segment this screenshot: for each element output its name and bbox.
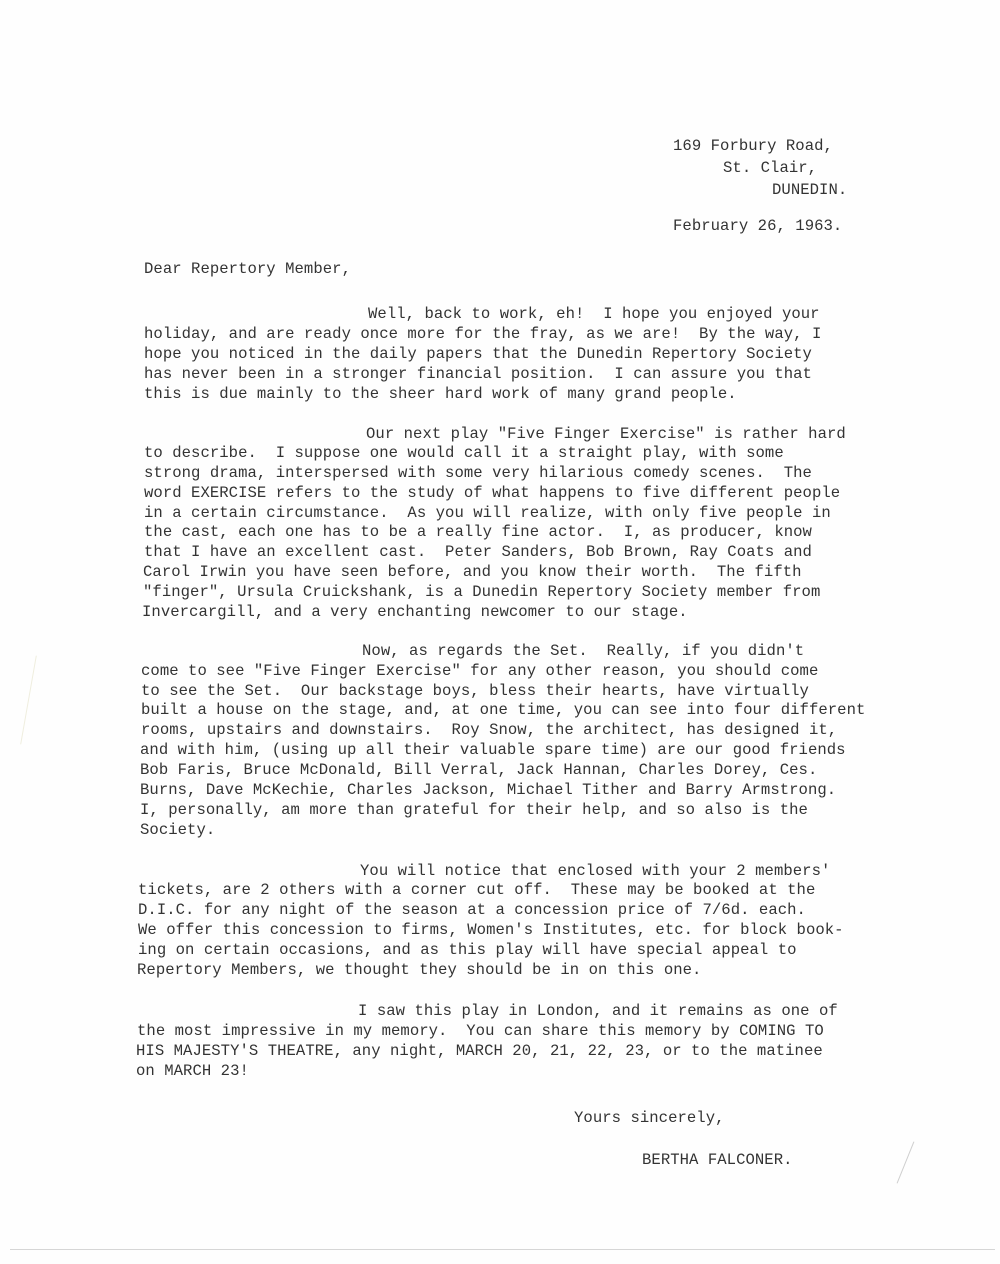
paragraph-line: We offer this concession to firms, Women… — [138, 920, 844, 940]
paragraph-line: that I have an excellent cast. Peter San… — [144, 542, 812, 562]
paragraph-line: Society. — [140, 820, 215, 840]
paragraph-line: HIS MAJESTY'S THEATRE, any night, MARCH … — [136, 1041, 823, 1061]
address-line-city: DUNEDIN. — [772, 180, 847, 200]
paragraph-line: hope you noticed in the daily papers tha… — [144, 344, 812, 364]
page-edge — [10, 1249, 995, 1250]
paper-mark — [897, 1141, 915, 1183]
paragraph-line: the most impressive in my memory. You ca… — [137, 1021, 824, 1041]
paragraph-line: ing on certain occasions, and as this pl… — [138, 940, 797, 960]
letter-page: 169 Forbury Road, St. Clair, DUNEDIN. Fe… — [0, 0, 1000, 1264]
paragraph-line: Now, as regards the Set. Really, if you … — [362, 641, 804, 661]
letter-date: February 26, 1963. — [673, 216, 842, 236]
paragraph-line: Invercargill, and a very enchanting newc… — [142, 602, 688, 622]
paragraph-line: tickets, are 2 others with a corner cut … — [138, 880, 815, 900]
paragraph-line: word EXERCISE refers to the study of wha… — [144, 483, 840, 503]
paragraph-line: Burns, Dave McKechie, Charles Jackson, M… — [140, 780, 836, 800]
paper-mark — [20, 656, 37, 745]
paragraph-line: Bob Faris, Bruce McDonald, Bill Verral, … — [140, 760, 817, 780]
paragraph-line: strong drama, interspersed with some ver… — [144, 463, 812, 483]
paragraph-line: Our next play "Five Finger Exercise" is … — [366, 424, 846, 444]
paragraph-line: come to see "Five Finger Exercise" for a… — [141, 661, 818, 681]
paragraph-line: rooms, upstairs and downstairs. Roy Snow… — [141, 720, 837, 740]
paragraph-line: Well, back to work, eh! I hope you enjoy… — [368, 304, 820, 324]
paragraph-line: and with him, (using up all their valuab… — [140, 740, 846, 760]
paragraph-line: Repertory Members, we thought they shoul… — [137, 960, 701, 980]
signature: BERTHA FALCONER. — [642, 1150, 793, 1170]
paragraph-line: this is due mainly to the sheer hard wor… — [144, 384, 737, 404]
paragraph-line: the cast, each one has to be a really fi… — [144, 522, 812, 542]
address-line-street: 169 Forbury Road, — [673, 136, 833, 156]
paragraph-line: has never been in a stronger financial p… — [144, 364, 812, 384]
paragraph-line: I, personally, am more than grateful for… — [140, 800, 808, 820]
paragraph-line: I saw this play in London, and it remain… — [358, 1001, 838, 1021]
paragraph-line: on MARCH 23! — [136, 1061, 249, 1081]
paragraph-line: in a certain circumstance. As you will r… — [144, 503, 831, 523]
paragraph-line: built a house on the stage, and, at one … — [141, 700, 865, 720]
paragraph-line: to see the Set. Our backstage boys, bles… — [141, 681, 809, 701]
address-line-suburb: St. Clair, — [723, 158, 817, 178]
paragraph-line: holiday, and are ready once more for the… — [144, 324, 821, 344]
paragraph-line: Carol Irwin you have seen before, and yo… — [143, 562, 802, 582]
paragraph-line: "finger", Ursula Cruickshank, is a Duned… — [143, 582, 820, 602]
paragraph-line: D.I.C. for any night of the season at a … — [138, 900, 806, 920]
salutation: Dear Repertory Member, — [144, 259, 351, 279]
paragraph-line: You will notice that enclosed with your … — [360, 861, 830, 881]
closing: Yours sincerely, — [574, 1108, 725, 1128]
paragraph-line: to describe. I suppose one would call it… — [144, 443, 784, 463]
